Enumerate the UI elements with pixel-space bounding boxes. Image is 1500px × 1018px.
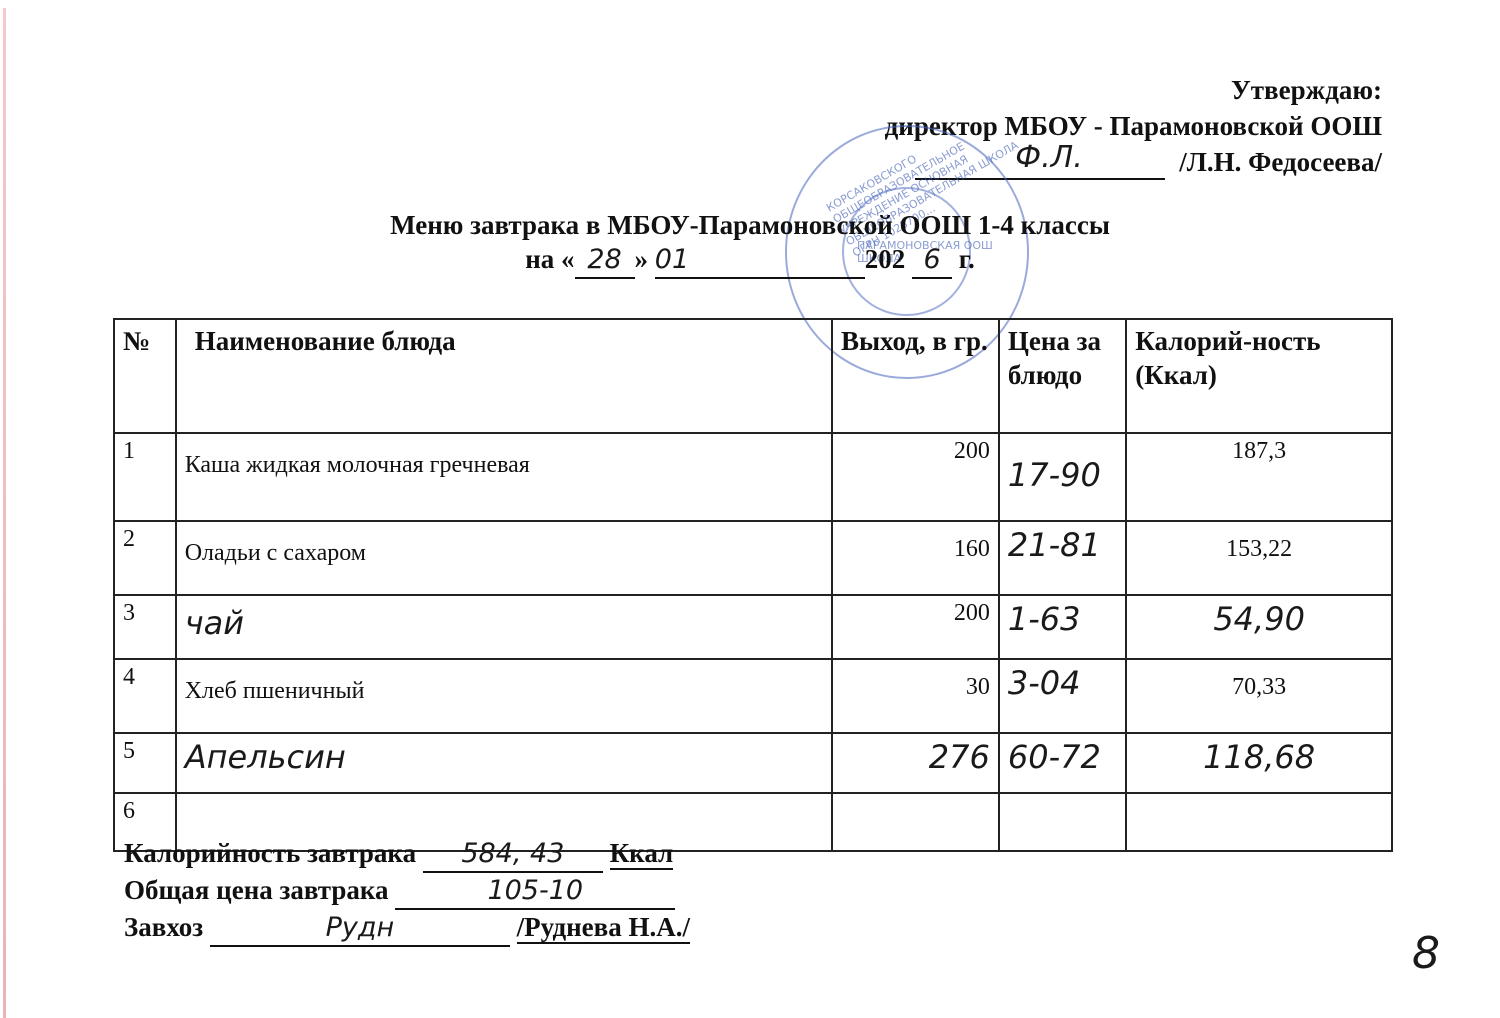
approval-position: директор МБОУ - Парамоновской ООШ <box>885 108 1382 144</box>
page-number: 8 <box>1412 928 1440 979</box>
row-calories <box>1126 793 1392 851</box>
menu-title: Меню завтрака в МБОУ-Парамоновской ООШ 1… <box>0 208 1500 279</box>
manager-name: /Руднева Н.А./ <box>517 912 690 944</box>
summary-calories: Калорийность завтрака 584, 43 Ккал <box>124 836 690 873</box>
row-output: 30 <box>832 659 999 733</box>
row-calories: 54,90 <box>1126 595 1392 659</box>
manager-signature: Рудн <box>210 911 510 947</box>
row-price: 60-72 <box>999 733 1126 793</box>
scan-edge-line <box>3 8 6 1018</box>
row-calories: 118,68 <box>1126 733 1392 793</box>
row-name: Апельсин <box>176 733 832 793</box>
row-name: чай <box>176 595 832 659</box>
row-calories: 153,22 <box>1126 521 1392 595</box>
approval-label: Утверждаю: <box>885 72 1382 108</box>
menu-title-line: Меню завтрака в МБОУ-Парамоновской ООШ 1… <box>0 208 1500 242</box>
calories-label: Калорийность завтрака <box>124 838 416 868</box>
row-price <box>999 793 1126 851</box>
row-no: 5 <box>114 733 176 793</box>
row-calories: 187,3 <box>1126 433 1392 521</box>
table-row: 1 Каша жидкая молочная гречневая 200 17-… <box>114 433 1392 521</box>
menu-table: № Наименование блюда Выход, в гр. Цена з… <box>113 318 1393 852</box>
header-no: № <box>114 319 176 433</box>
row-no: 4 <box>114 659 176 733</box>
director-name: /Л.Н. Федосеева/ <box>1179 147 1382 177</box>
menu-date-line: на «28» 01202 6 г. <box>0 242 1500 279</box>
header-name: Наименование блюда <box>176 319 832 433</box>
date-day: 28 <box>575 243 635 279</box>
summary-price: Общая цена завтрака 105-10 <box>124 873 690 910</box>
table-header-row: № Наименование блюда Выход, в гр. Цена з… <box>114 319 1392 433</box>
date-year-digit: 6 <box>912 243 952 279</box>
header-price: Цена за блюдо <box>999 319 1126 433</box>
row-price: 3-04 <box>999 659 1126 733</box>
director-signature: Ф.Л. <box>1015 140 1082 176</box>
row-no: 3 <box>114 595 176 659</box>
price-label: Общая цена завтрака <box>124 875 389 905</box>
row-price: 17-90 <box>999 433 1126 521</box>
table-row: 5 Апельсин 276 60-72 118,68 <box>114 733 1392 793</box>
summary-manager: Завхоз Рудн /Руднева Н.А./ <box>124 910 690 947</box>
approval-signature-line: Ф.Л./Л.Н. Федосеева/ <box>885 144 1382 180</box>
date-month: 01 <box>655 243 865 279</box>
date-year-prefix: 202 <box>865 244 906 274</box>
row-output: 200 <box>832 433 999 521</box>
row-calories: 70,33 <box>1126 659 1392 733</box>
row-name: Оладьи с сахаром <box>176 521 832 595</box>
row-name: Каша жидкая молочная гречневая <box>176 433 832 521</box>
table-row: 4 Хлеб пшеничный 30 3-04 70,33 <box>114 659 1392 733</box>
director-signature-field: Ф.Л. <box>915 152 1165 180</box>
header-calories: Калорий-ность (Ккал) <box>1126 319 1392 433</box>
row-output: 276 <box>832 733 999 793</box>
row-no: 1 <box>114 433 176 521</box>
row-name: Хлеб пшеничный <box>176 659 832 733</box>
row-output: 160 <box>832 521 999 595</box>
summary-block: Калорийность завтрака 584, 43 Ккал Общая… <box>124 836 690 947</box>
table-row: 3 чай 200 1-63 54,90 <box>114 595 1392 659</box>
table-row: 2 Оладьи с сахаром 160 21-81 153,22 <box>114 521 1392 595</box>
date-suffix: г. <box>959 244 975 274</box>
calories-unit: Ккал <box>610 838 674 870</box>
row-price: 1-63 <box>999 595 1126 659</box>
row-price: 21-81 <box>999 521 1126 595</box>
header-output: Выход, в гр. <box>832 319 999 433</box>
row-output <box>832 793 999 851</box>
calories-total: 584, 43 <box>423 837 603 873</box>
row-no: 2 <box>114 521 176 595</box>
approval-block: Утверждаю: директор МБОУ - Парамоновской… <box>885 72 1382 180</box>
manager-label: Завхоз <box>124 912 203 942</box>
price-total: 105-10 <box>395 874 675 910</box>
row-output: 200 <box>832 595 999 659</box>
